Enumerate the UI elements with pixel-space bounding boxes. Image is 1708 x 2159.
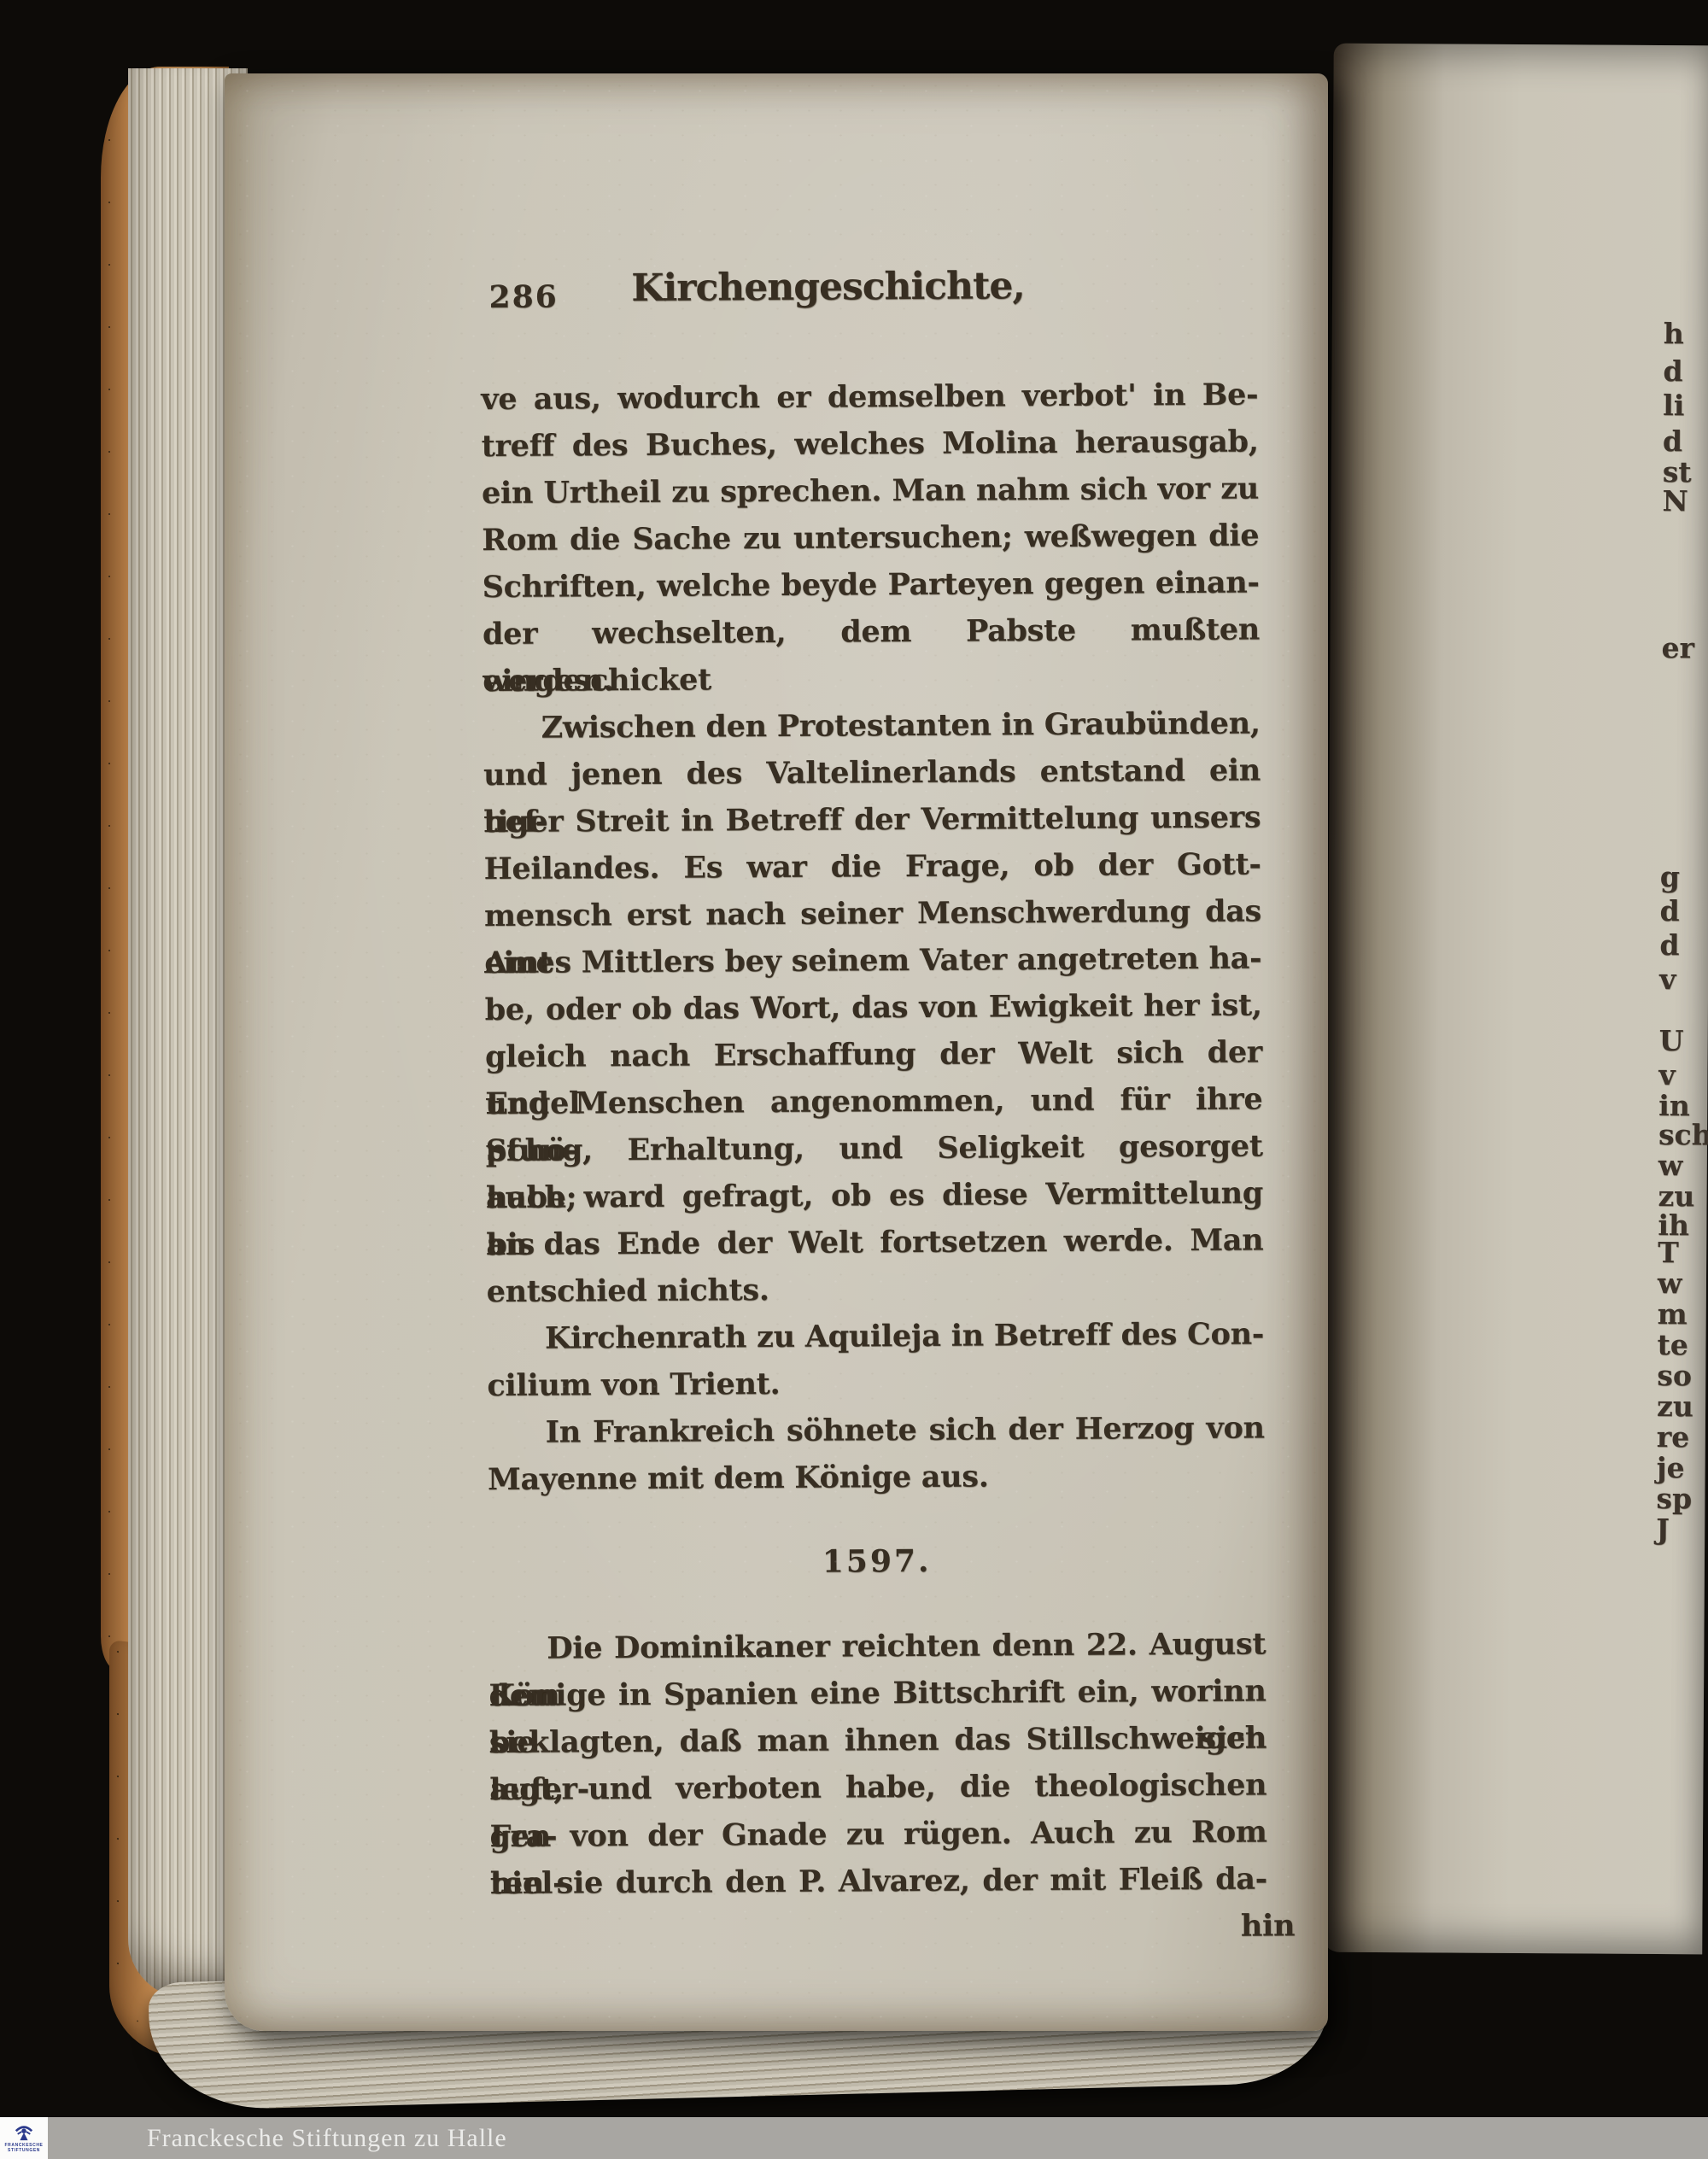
cut-off-text-fragment: g bbox=[1660, 862, 1708, 892]
book-scan: hdlidstNergddvUvinschwzuihTwmtesozurejes… bbox=[0, 0, 1708, 2159]
cut-off-text-fragment: w bbox=[1658, 1268, 1708, 1299]
text-line: pfung, Erhaltung, und Seligkeit gesorget… bbox=[486, 1123, 1263, 1175]
text-line: Die Dominikaner reichten denn 22. August… bbox=[488, 1621, 1266, 1673]
page-header: 286 Kirchengeschichte, bbox=[480, 263, 1257, 328]
cut-off-text-fragment: J bbox=[1656, 1514, 1708, 1545]
text-line: und Menschen angenommen, und für ihre Sc… bbox=[485, 1076, 1262, 1128]
text-line: ten sie durch den P. Alvarez, der mit Fl… bbox=[490, 1856, 1267, 1908]
text-line: legt, und verboten habe, die theologisch… bbox=[489, 1762, 1266, 1814]
cut-off-text-fragment: v bbox=[1658, 1060, 1708, 1091]
cut-off-text-fragment: d bbox=[1663, 426, 1708, 457]
cut-off-text-fragment: re bbox=[1657, 1422, 1708, 1453]
cut-off-text-fragment: li bbox=[1663, 390, 1708, 421]
text-line: der wechselten, dem Pabste mußten einges… bbox=[483, 606, 1260, 658]
text-line: auch ward gefragt, ob es diese Vermittel… bbox=[486, 1170, 1263, 1222]
cut-off-text-fragment: er bbox=[1661, 633, 1708, 664]
franckesche-stiftungen-logo: FRANCKESCHE STIFTUNGEN bbox=[0, 2117, 48, 2159]
cut-off-text-fragment: in bbox=[1658, 1091, 1708, 1121]
facing-page: hdlidstNergddvUvinschwzuihTwmtesozurejes… bbox=[1322, 44, 1708, 1955]
franckesche-emblem-icon bbox=[14, 2123, 34, 2142]
cut-off-text-fragment: st bbox=[1663, 457, 1708, 488]
text-line: tiger Streit in Betreff der Vermittelung… bbox=[483, 794, 1261, 846]
text-line: Schriften, welche beyde Parteyen gegen e… bbox=[483, 559, 1260, 611]
text-line: gen von der Gnade zu rügen. Auch zu Rom … bbox=[489, 1809, 1266, 1861]
text-line: an das Ende der Welt fortsetzen werde. M… bbox=[486, 1217, 1263, 1269]
cut-off-text-fragment: so bbox=[1657, 1360, 1708, 1391]
text-line: In Frankreich söhnete sich der Herzog vo… bbox=[488, 1405, 1265, 1457]
text-line: entschied nichts. bbox=[487, 1264, 1264, 1316]
footer-label: Franckesche Stiftungen zu Halle bbox=[147, 2117, 507, 2159]
cut-off-text-fragment: je bbox=[1657, 1453, 1708, 1483]
text-line: Zwischen den Protestanten in Graubünden, bbox=[483, 700, 1261, 752]
text-line: Könige in Spanien eine Bittschrift ein, … bbox=[488, 1668, 1266, 1720]
text-line: und jenen des Valtelinerlands entstand e… bbox=[483, 747, 1261, 799]
catchword: hin bbox=[490, 1902, 1295, 1954]
cut-off-text-fragment: sch bbox=[1658, 1120, 1708, 1150]
text-line: be, oder ob das Wort, das von Ewigkeit h… bbox=[485, 982, 1262, 1034]
page-inner: 286 Kirchengeschichte, ve aus, wodurch e… bbox=[219, 70, 1334, 2034]
cut-off-text-fragment: te bbox=[1657, 1330, 1708, 1360]
logo-line2: STIFTUNGEN bbox=[5, 2148, 44, 2153]
text-line: Heilandes. Es war die Frage, ob der Gott… bbox=[484, 841, 1261, 893]
text-line: Kirchenrath zu Aquileja in Betreff des C… bbox=[487, 1311, 1264, 1363]
cut-off-text-fragment: N bbox=[1662, 486, 1708, 517]
text-line: ve aus, wodurch er demselben verbot' in … bbox=[481, 372, 1258, 424]
text-line: treff des Buches, welches Molina herausg… bbox=[481, 418, 1258, 471]
logo-text: FRANCKESCHE STIFTUNGEN bbox=[5, 2143, 44, 2153]
text-line: beklagten, daß man ihnen das Stillschwei… bbox=[489, 1715, 1266, 1767]
cut-off-text-fragment: U bbox=[1659, 1026, 1708, 1056]
cut-off-text-fragment: zu bbox=[1657, 1391, 1708, 1422]
cut-off-text-fragment: d bbox=[1663, 356, 1708, 387]
page-text: ve aus, wodurch er demselben verbot' in … bbox=[481, 372, 1267, 1955]
cut-off-text-fragment: sp bbox=[1656, 1483, 1708, 1514]
cut-off-text-fragment: m bbox=[1658, 1299, 1708, 1330]
text-line: Mayenne mit dem Könige aus. bbox=[488, 1452, 1265, 1504]
text-line: eines Mittlers bey seinem Vater angetret… bbox=[484, 935, 1261, 987]
cut-off-text-fragment: v bbox=[1659, 964, 1708, 995]
cut-off-text-fragment: h bbox=[1664, 319, 1708, 349]
viewer-footer: FRANCKESCHE STIFTUNGEN Franckesche Stift… bbox=[0, 2117, 1708, 2159]
cut-off-text-fragment: d bbox=[1659, 930, 1708, 961]
cut-off-text-fragment: zu bbox=[1658, 1181, 1708, 1212]
text-line: ein Urtheil zu sprechen. Man nahm sich v… bbox=[482, 465, 1259, 518]
text-line: werden. bbox=[483, 653, 1260, 705]
book-page: 286 Kirchengeschichte, ve aus, wodurch e… bbox=[225, 73, 1328, 2031]
cut-off-text-fragment: d bbox=[1660, 896, 1708, 927]
cut-off-text-fragment: w bbox=[1658, 1150, 1708, 1181]
text-line: mensch erst nach seiner Menschwerdung da… bbox=[484, 888, 1261, 940]
text-line: gleich nach Erschaffung der Welt sich de… bbox=[485, 1029, 1262, 1081]
cut-off-text-fragment: T bbox=[1658, 1237, 1708, 1268]
facing-page-text-fragments: hdlidstNergddvUvinschwzuihTwmtesozurejes… bbox=[1322, 44, 1708, 1955]
running-title: Kirchengeschichte, bbox=[439, 263, 1216, 312]
text-line: cilium von Trient. bbox=[487, 1358, 1264, 1410]
year-heading: 1597. bbox=[488, 1536, 1265, 1589]
text-line: Rom die Sache zu untersuchen; weßwegen d… bbox=[482, 512, 1259, 565]
